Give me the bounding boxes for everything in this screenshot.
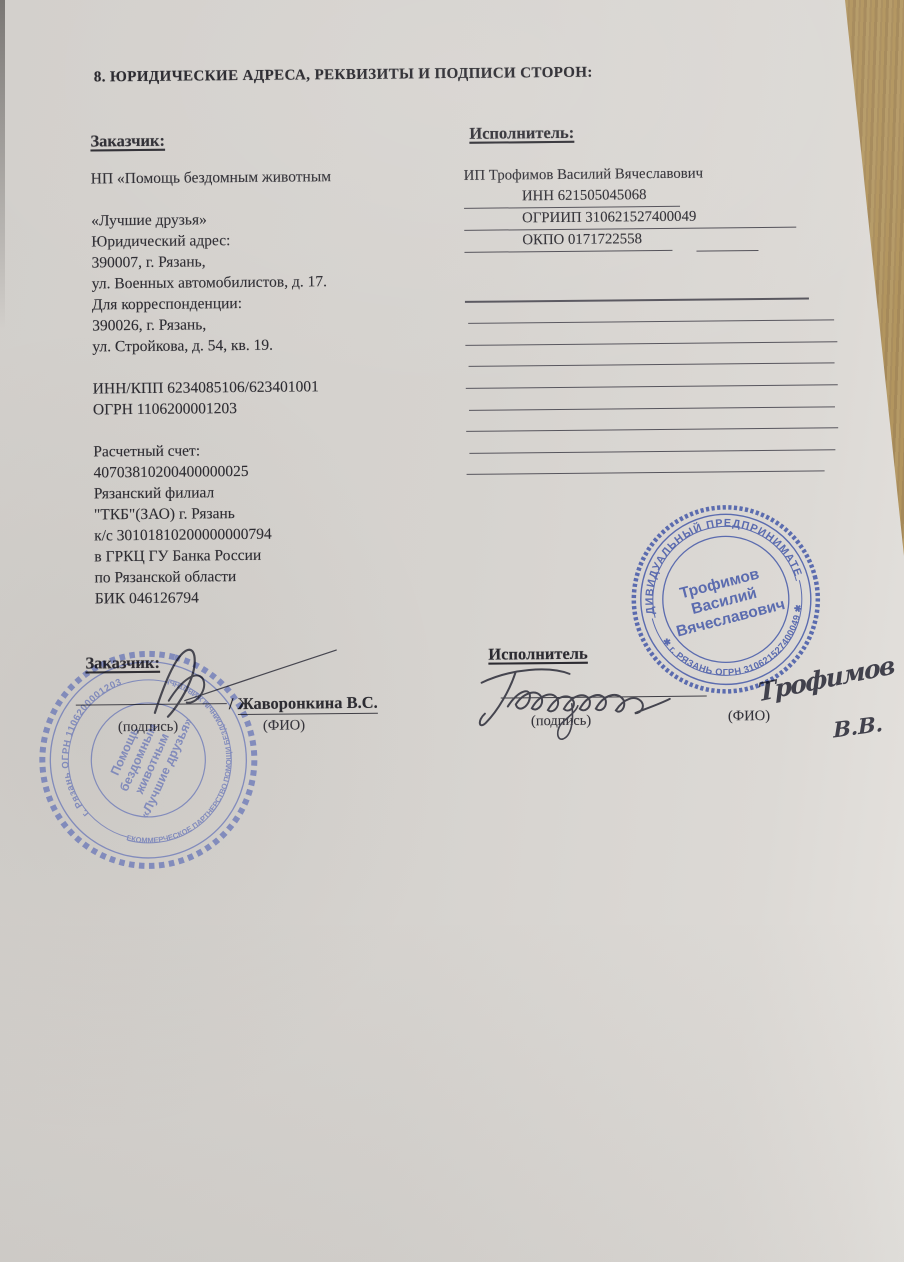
contract-page: 8. ЮРИДИЧЕСКИЕ АДРЕСА, РЕКВИЗИТЫ И ПОДПИ… — [0, 0, 904, 1262]
contractor-heading: Исполнитель: — [469, 123, 574, 144]
fio-caption-right: (ФИО) — [728, 708, 770, 725]
contractor-handwritten-initials: В.В. — [833, 711, 883, 743]
contractor-inn: ИНН 621505045068 — [464, 185, 680, 209]
document-photo: 8. ЮРИДИЧЕСКИЕ АДРЕСА, РЕКВИЗИТЫ И ПОДПИ… — [0, 0, 904, 1262]
section-title: 8. ЮРИДИЧЕСКИЕ АДРЕСА, РЕКВИЗИТЫ И ПОДПИ… — [94, 65, 593, 87]
contractor-ogrnip: ОГРИИП 310621527400049 — [464, 206, 796, 231]
contractor-signature — [473, 660, 714, 752]
blank-rule-segment — [696, 234, 758, 252]
contractor-name: ИП Трофимов Василий Вячеславович — [464, 162, 838, 187]
contractor-okpo: ОКПО 0171722558 — [464, 229, 672, 253]
blank-requisite-lines — [465, 276, 841, 475]
svg-text:г. Рязань ОГРН 1106200001203: г. Рязань ОГРН 1106200001203 — [45, 667, 126, 821]
customer-stamp: г. Рязань ОГРН 1106200001203 НЕКОММЕРЧЕС… — [30, 642, 266, 878]
blank-rule — [465, 277, 809, 303]
stamp-ring-left-text: г. Рязань ОГРН 1106200001203 — [45, 667, 126, 821]
customer-details: НП «Помощь бездомным животным «Лучшие др… — [91, 165, 465, 610]
customer-line: БИК 046126794 — [95, 585, 465, 610]
stamp-center-text: Трофимов Василий Вячеславович — [666, 561, 787, 640]
customer-heading: Заказчик: — [90, 131, 165, 152]
contractor-details: ИП Трофимов Василий Вячеславович ИНН 621… — [464, 162, 841, 475]
blank-rule — [466, 450, 824, 475]
